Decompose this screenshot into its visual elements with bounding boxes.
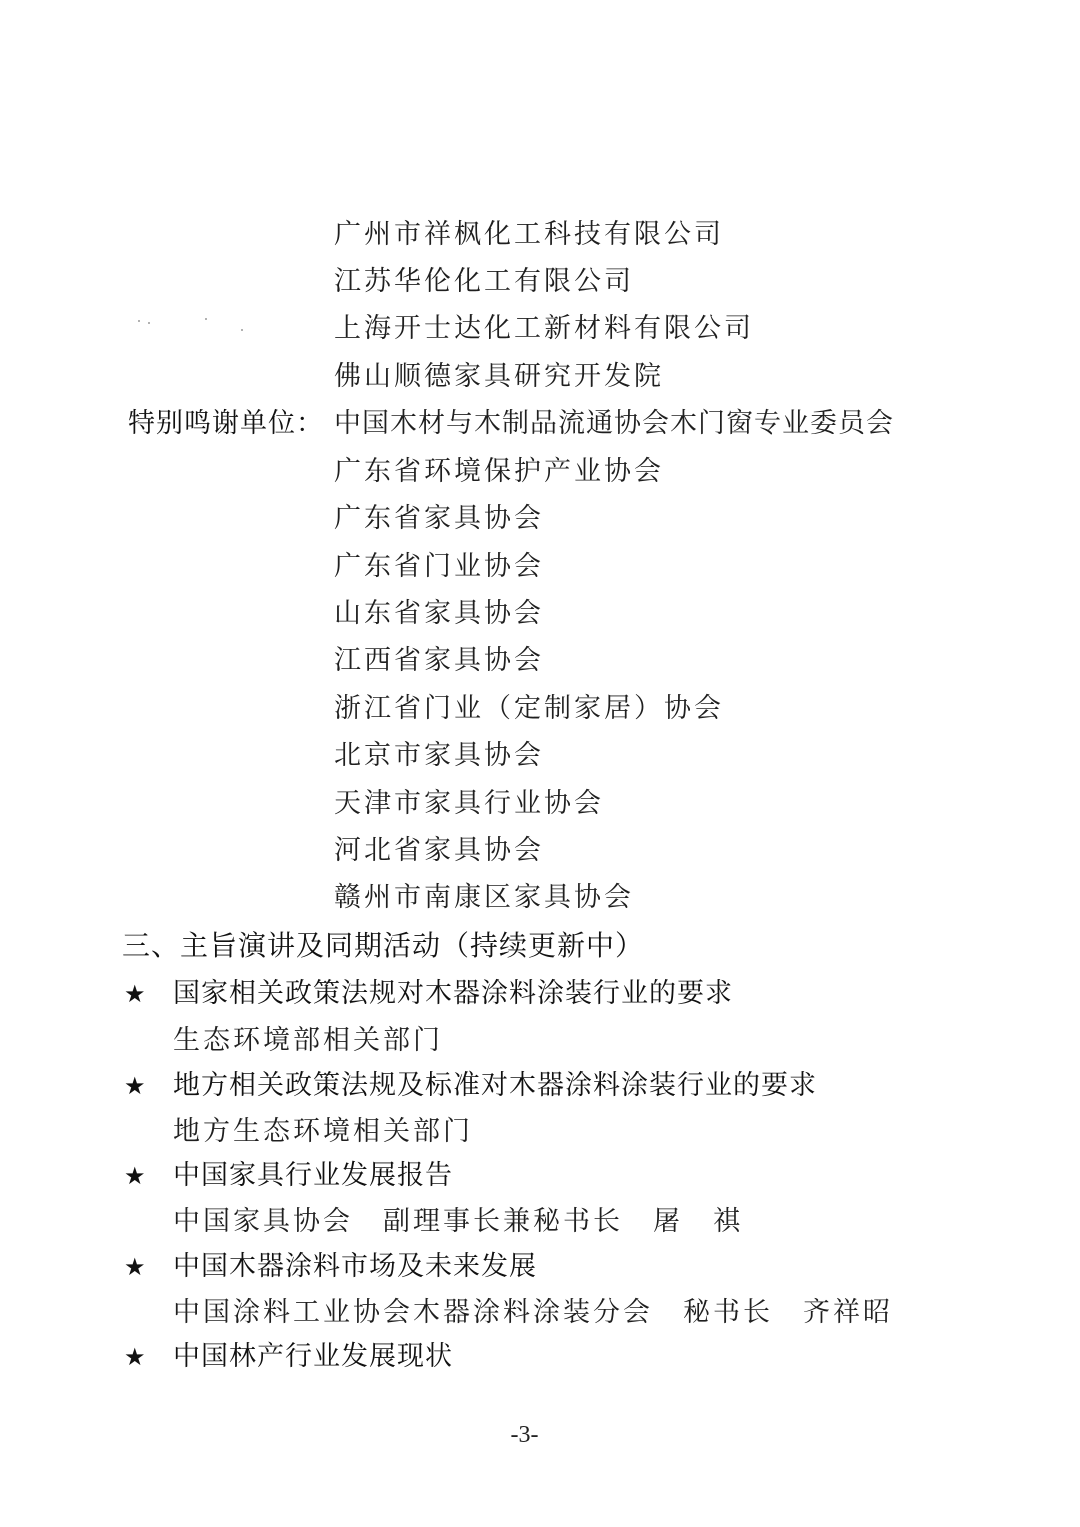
scan-artifact (138, 320, 140, 322)
document-page: 广州市祥枫化工科技有限公司 江苏华伦化工有限公司 上海开士达化工新材料有限公司 … (0, 0, 1080, 1527)
talk-speaker: 中国家具协会 副理事长兼秘书长 屠 祺 (173, 1206, 743, 1238)
star-bullet-icon: ★ (124, 1160, 146, 1192)
special-thanks-unit: 广东省家具协会 (334, 503, 544, 535)
talk-title: 国家相关政策法规对木器涂料涂装行业的要求 (173, 978, 733, 1010)
special-thanks-unit: 广东省环境保护产业协会 (334, 456, 664, 488)
special-thanks-unit: 江西省家具协会 (334, 645, 544, 677)
scan-artifact (205, 318, 207, 320)
star-bullet-icon: ★ (124, 1341, 146, 1373)
talk-speaker: 中国涂料工业协会木器涂料涂装分会 秘书长 齐祥昭 (173, 1297, 893, 1329)
special-thanks-unit: 赣州市南康区家具协会 (334, 882, 634, 914)
star-bullet-icon: ★ (124, 1251, 146, 1283)
sponsor-item: 江苏华伦化工有限公司 (334, 266, 634, 298)
star-bullet-icon: ★ (124, 1070, 146, 1102)
talk-speaker: 地方生态环境相关部门 (173, 1116, 473, 1148)
special-thanks-unit: 北京市家具协会 (334, 740, 544, 772)
special-thanks-unit: 广东省门业协会 (334, 551, 544, 583)
special-thanks-unit: 中国木材与木制品流通协会木门窗专业委员会 (334, 408, 894, 440)
star-bullet-icon: ★ (124, 978, 146, 1010)
sponsor-item: 上海开士达化工新材料有限公司 (334, 313, 754, 345)
section-heading: 三、主旨演讲及同期活动（持续更新中） (122, 930, 644, 962)
scan-artifact (241, 329, 243, 331)
special-thanks-label: 特别鸣谢单位： (128, 408, 324, 440)
sponsor-item: 佛山顺德家具研究开发院 (334, 361, 664, 393)
sponsor-item: 广州市祥枫化工科技有限公司 (334, 219, 724, 251)
scan-artifact (148, 322, 150, 324)
talk-title: 中国林产行业发展现状 (173, 1341, 453, 1373)
special-thanks-unit: 天津市家具行业协会 (334, 788, 604, 820)
talk-title: 中国木器涂料市场及未来发展 (173, 1251, 537, 1283)
talk-title: 地方相关政策法规及标准对木器涂料涂装行业的要求 (173, 1070, 817, 1102)
page-number: -3- (0, 1422, 1049, 1449)
talk-speaker: 生态环境部相关部门 (173, 1025, 443, 1057)
special-thanks-unit: 浙江省门业（定制家居）协会 (334, 693, 724, 725)
special-thanks-unit: 河北省家具协会 (334, 835, 544, 867)
special-thanks-unit: 山东省家具协会 (334, 598, 544, 630)
talk-title: 中国家具行业发展报告 (173, 1160, 453, 1192)
